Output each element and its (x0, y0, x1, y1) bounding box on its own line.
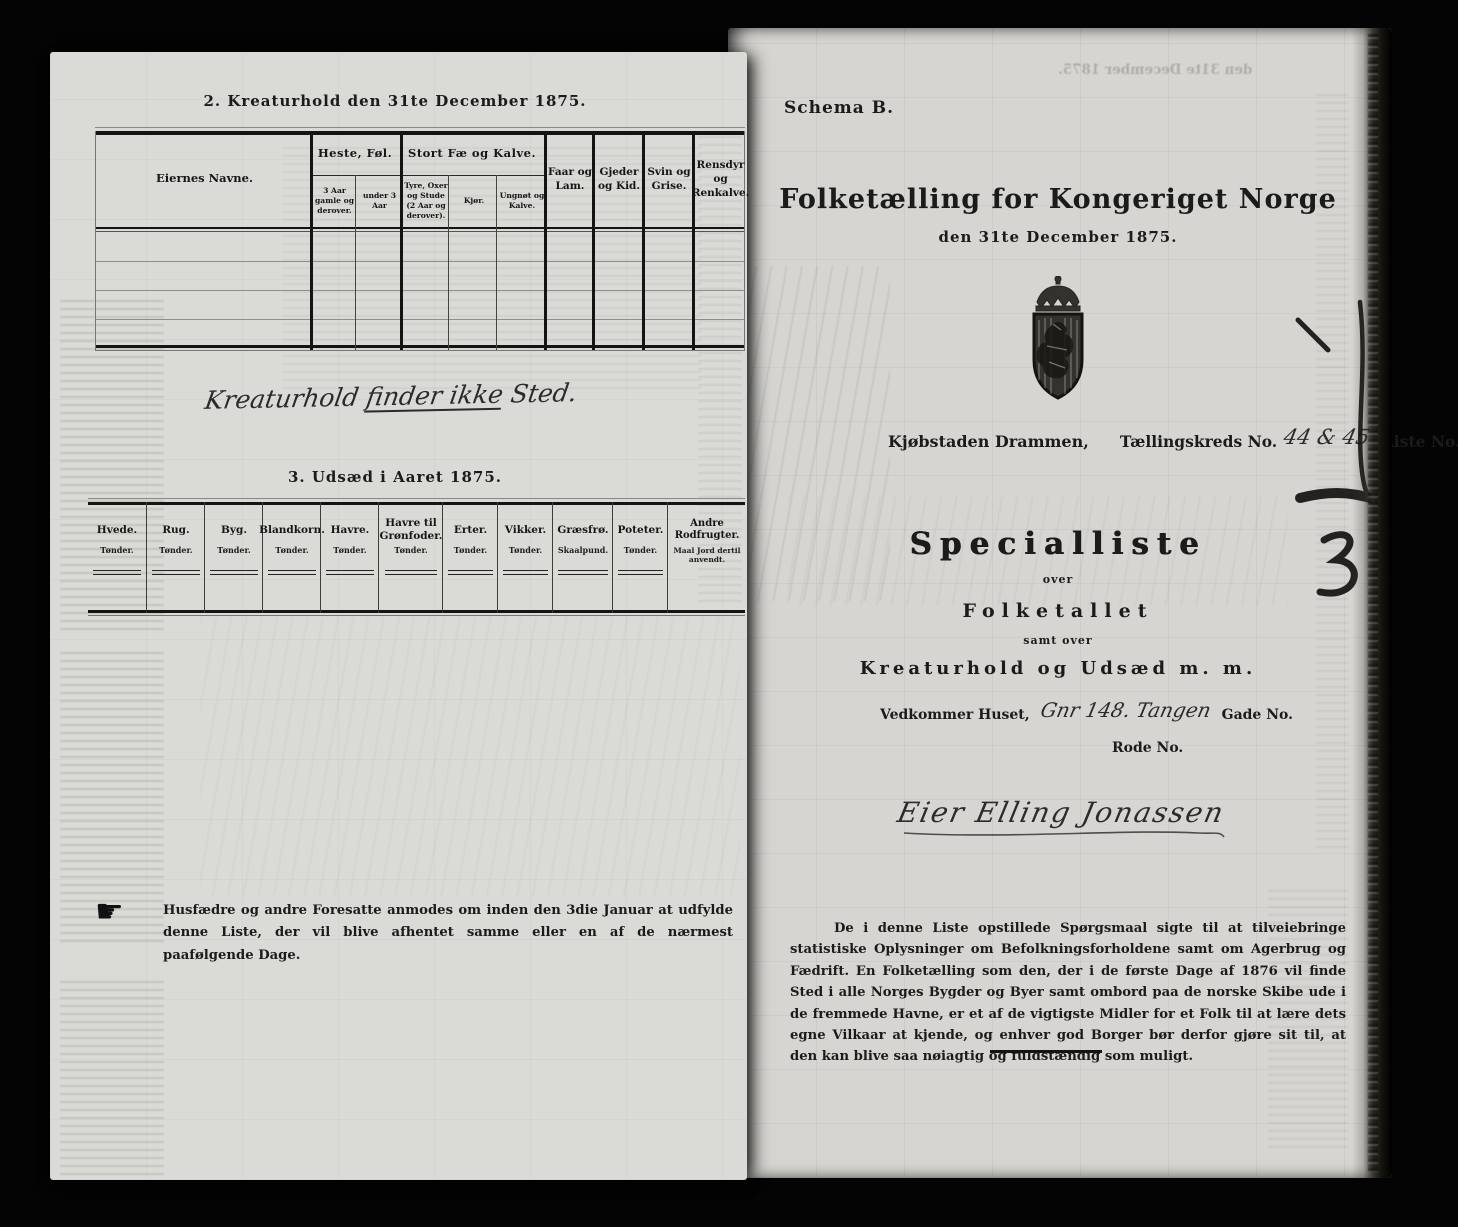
udsaed-col-havre-gronfoder: Havre til Grønfoder. Tønder. (378, 502, 443, 613)
group-underline (400, 175, 544, 176)
house-line: Vedkommer Huset, Gnr 148. Tangen Gade No… (880, 700, 1293, 724)
column-unit: Tønder. (88, 546, 146, 556)
udsaed-col-byg: Byg. Tønder. (204, 502, 263, 613)
signature-flourish (898, 827, 1228, 841)
page-date-line: den 31te December 1875. (738, 228, 1378, 246)
udsaed-table-title: 3. Udsæd i Aaret 1875. (95, 468, 695, 486)
table-row-line (95, 319, 745, 320)
heading-kreaturhold-udsaed: Kreaturhold og Udsæd m. m. (738, 658, 1378, 679)
coat-of-arms (738, 276, 1378, 404)
sheep-column-header: Faar og Lam. (545, 131, 595, 227)
page-title: Folketælling for Kongeriget Norge (738, 184, 1378, 215)
footer-rule (990, 1050, 1102, 1053)
column-name: Andre Rodfrugter. (668, 514, 746, 546)
bleed-through-title-text: den 31te December 1875. (1058, 62, 1252, 78)
column-name: Poteter. (613, 514, 668, 546)
header-underline (503, 570, 548, 575)
bleed-through-handwriting (200, 617, 740, 897)
cattle-sub3-header: Ungnøt og Kalve. (497, 177, 547, 225)
udsaed-col-vikker: Vikker. Tønder. (497, 502, 553, 613)
column-name: Havre. (321, 514, 379, 546)
udsaed-col-erter: Erter. Tønder. (442, 502, 498, 613)
heading-over: over (738, 573, 1378, 586)
udsaed-col-rodfrugter: Andre Rodfrugter. Maal Jord dertil anven… (667, 502, 746, 613)
left-page: 2. Kreaturhold den 31te December 1875. (50, 52, 747, 1180)
udsaed-col-poteter: Poteter. Tønder. (612, 502, 668, 613)
manicule-icon: ☛ (95, 892, 124, 930)
cattle-sub1-header: Tyre, Oxer og Stude (2 Aar og derover). (401, 177, 451, 225)
column-name: Erter. (443, 514, 498, 546)
column-name: Byg. (205, 514, 263, 546)
rode-label: Rode No. (1112, 740, 1183, 756)
table-row-line (95, 290, 745, 291)
cattle-sub2-header: Kjør. (449, 177, 499, 225)
cattle-group-header: Stort Fæ og Kalve. (400, 133, 544, 173)
norwegian-lion-crest-icon (1019, 276, 1097, 404)
column-name: Blandkorn. (263, 514, 321, 546)
heading-folketallet: Folketallet (738, 600, 1378, 622)
header-underline (268, 570, 316, 575)
pigs-column-header: Svin og Grise. (643, 131, 695, 227)
header-underline (558, 570, 607, 575)
udsaed-col-graesfro: Græsfrø. Skaalpund. (552, 502, 613, 613)
horses-sub2-header: under 3 Aar (356, 177, 403, 225)
column-unit: Tønder. (321, 546, 379, 556)
signature-handwritten: Eier Elling Jonassen (894, 796, 1228, 829)
handwritten-note-part3: Sted. (501, 378, 579, 409)
column-name: Græsfrø. (553, 514, 613, 546)
table-rule (95, 231, 745, 232)
udsaed-col-havre: Havre. Tønder. (320, 502, 379, 613)
house-value-handwritten: Gnr 148. Tangen (1038, 698, 1213, 722)
header-underline (385, 570, 437, 575)
city-label: Kjøbstaden Drammen, (888, 432, 1089, 451)
signature-block: Eier Elling Jonassen (898, 796, 1228, 841)
heading-specialliste: Specialliste (738, 526, 1378, 562)
table-rule (95, 345, 745, 348)
table-row-line (95, 261, 745, 262)
udsaed-col-hvede: Hvede. Tønder. (88, 502, 146, 613)
kreaturhold-table: Eiernes Navne. Heste, Føl. 3 Aar gamle o… (95, 127, 745, 352)
right-page: den 31te December 1875. Schema B. Folket… (728, 28, 1392, 1178)
street-label: Gade No. (1222, 707, 1293, 723)
handwritten-note-part1: Kreaturhold (203, 382, 369, 414)
table-rule (95, 127, 745, 128)
udsaed-col-blandkorn: Blandkorn. Tønder. (262, 502, 321, 613)
column-unit: Tønder. (205, 546, 263, 556)
column-unit: Tønder. (443, 546, 498, 556)
schema-label: Schema B. (784, 98, 894, 118)
heading-samt-over: samt over (738, 634, 1378, 647)
column-name: Rug. (147, 514, 205, 546)
goats-column-header: Gjeder og Kid. (593, 131, 645, 227)
bleed-through-text (60, 980, 164, 1175)
column-unit: Tønder. (613, 546, 668, 556)
footer-note-text: Husfædre og andre Foresatte anmodes om i… (163, 900, 733, 967)
footer-paragraph: De i denne Liste opstillede Spørgsmaal s… (790, 918, 1346, 1068)
column-name: Havre til Grønfoder. (379, 514, 443, 546)
footer-note-block: ☛ Husfædre og andre Foresatte anmodes om… (95, 900, 735, 967)
district-label: Tællingskreds No. (1120, 432, 1277, 451)
column-unit: Tønder. (147, 546, 205, 556)
header-underline (448, 570, 493, 575)
reindeer-column-header: Rensdyr og Renkalve. (693, 131, 748, 227)
column-unit: Tønder. (263, 546, 321, 556)
column-unit: Tønder. (498, 546, 553, 556)
udsaed-col-rug: Rug. Tønder. (146, 502, 205, 613)
handwritten-note-part2: finder ikke (364, 380, 505, 412)
kreaturhold-table-title: 2. Kreaturhold den 31te December 1875. (95, 92, 695, 110)
header-underline (210, 570, 258, 575)
column-name: Vikker. (498, 514, 553, 546)
header-underline (93, 570, 141, 575)
list-label: Liste No. (1383, 432, 1458, 451)
table-rule (95, 350, 745, 351)
udsaed-table: Hvede. Tønder. Rug. Tønder. Byg. Tønder.… (88, 498, 745, 613)
horses-group-header: Heste, Føl. (310, 133, 400, 173)
column-unit: Tønder. (379, 546, 443, 556)
house-label: Vedkommer Huset, (880, 707, 1030, 723)
column-unit: Skaalpund. (553, 546, 613, 556)
column-unit: Maal Jord dertil anvendt. (668, 546, 746, 564)
header-underline (326, 570, 374, 575)
column-name: Hvede. (88, 514, 146, 546)
handwritten-note: Kreaturhold finder ikke Sted. (203, 378, 579, 415)
header-underline (618, 570, 663, 575)
page-stack-edge (1352, 28, 1392, 1178)
owner-column-header: Eiernes Navne. (95, 131, 314, 227)
horses-sub1-header: 3 Aar gamle og derover. (311, 177, 358, 225)
table-rule (95, 227, 745, 229)
header-underline (152, 570, 200, 575)
